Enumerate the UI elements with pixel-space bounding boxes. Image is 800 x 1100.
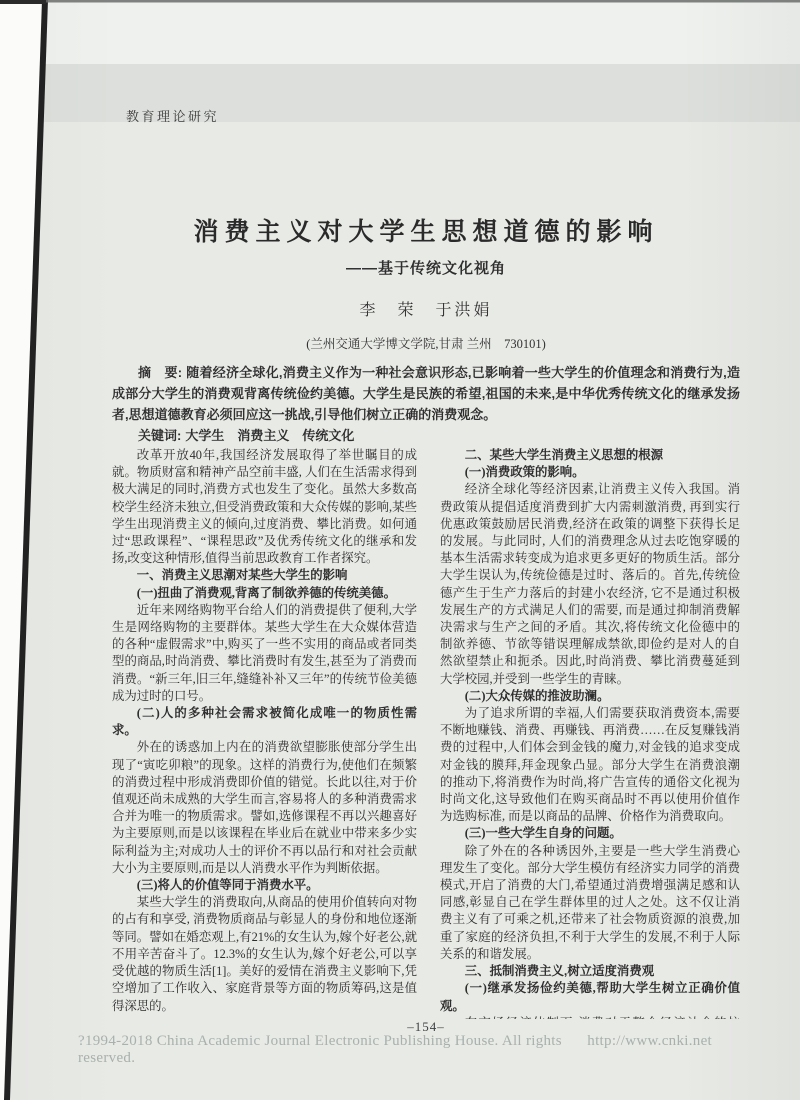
copyright-url: http://www.cnki.net (587, 1033, 712, 1067)
section-heading: (一)继承发扬俭约美德,帮助大学生树立正确价值观。 (440, 980, 740, 1014)
scanned-page: 教育理论研究 消费主义对大学生思想道德的影响 ——基于传统文化视角 李 荣 于洪… (0, 0, 800, 1100)
section-heading: 三、抵制消费主义,树立适度消费观 (440, 963, 740, 980)
affiliation: (兰州交通大学博文学院,甘肃 兰州 730101) (112, 334, 740, 352)
left-column: 改革开放40年,我国经济发展取得了举世瞩目的成就。物质财富和精神产品空前丰盛, … (112, 447, 417, 1019)
abstract-block: 摘 要:随着经济全球化,消费主义作为一种社会意识形态,已影响着一些大学生的价值理… (112, 362, 740, 446)
section-heading: (二)大众传媒的推波助澜。 (440, 688, 740, 705)
section-heading: (一)扭曲了消费观,背离了制欲养德的传统美德。 (112, 585, 417, 602)
keywords-line: 关键词:大学生 消费主义 传统文化 (112, 425, 740, 446)
body-paragraph: 改革开放40年,我国经济发展取得了举世瞩目的成就。物质财富和精神产品空前丰盛, … (112, 447, 417, 567)
copyright-text: ?1994-2018 China Academic Journal Electr… (78, 1033, 587, 1067)
body-paragraph: 近年来网络购物平台给人们的消费提供了便利,大学生是网络购物的主要群体。某些大学生… (112, 602, 417, 705)
body-paragraph: 除了外在的各种诱因外,主要是一些大学生消费心理发生了变化。部分大学生模仿有经济实… (440, 843, 740, 963)
copyright-watermark: ?1994-2018 China Academic Journal Electr… (78, 1033, 712, 1067)
abstract-text: 随着经济全球化,消费主义作为一种社会意识形态,已影响着一些大学生的价值理念和消费… (112, 365, 740, 422)
keywords-label: 关键词: (138, 428, 181, 443)
body-paragraph: 为了追求所谓的幸福,人们需要获取消费资本,需要不断地赚钱、消费、再赚钱、再消费…… (440, 705, 740, 825)
paper-title: 消费主义对大学生思想道德的影响 (112, 212, 740, 248)
section-heading: 二、某些大学生消费主义思想的根源 (440, 447, 740, 464)
journal-section-header: 教育理论研究 (126, 106, 219, 125)
abstract-paragraph: 摘 要:随着经济全球化,消费主义作为一种社会意识形态,已影响着一些大学生的价值理… (112, 362, 740, 425)
section-heading: 一、消费主义思潮对某些大学生的影响 (112, 567, 417, 584)
paper-subtitle: ——基于传统文化视角 (112, 257, 740, 278)
section-heading: (二)人的多种社会需求被简化成唯一的物质性需求。 (112, 705, 417, 739)
body-paragraph: 经济全球化等经济因素,让消费主义传入我国。消费政策从提倡适度消费到扩大内需刺激消… (440, 481, 740, 687)
body-paragraph: 某些大学生的消费取向,从商品的使用价值转向对物的占有和享受, 消费物质商品与彰显… (112, 894, 417, 1014)
section-heading: (一)消费政策的影响。 (440, 464, 740, 481)
body-paragraph: 外在的诱惑加上内在的消费欲望膨胀使部分学生出现了“寅吃卯粮”的现象。这样的消费行… (112, 739, 417, 877)
scan-corner-mark (0, 0, 46, 4)
authors: 李 荣 于洪娟 (112, 297, 740, 320)
section-heading: (三)将人的价值等同于消费水平。 (112, 877, 417, 894)
abstract-label: 摘 要: (138, 365, 182, 380)
body-columns: 改革开放40年,我国经济发展取得了举世瞩目的成就。物质财富和精神产品空前丰盛, … (112, 447, 740, 1019)
keywords-text: 大学生 消费主义 传统文化 (185, 428, 354, 443)
right-column: 二、某些大学生消费主义思想的根源(一)消费政策的影响。经济全球化等经济因素,让消… (440, 447, 740, 1019)
section-heading: (三)一些大学生自身的问题。 (440, 825, 740, 842)
